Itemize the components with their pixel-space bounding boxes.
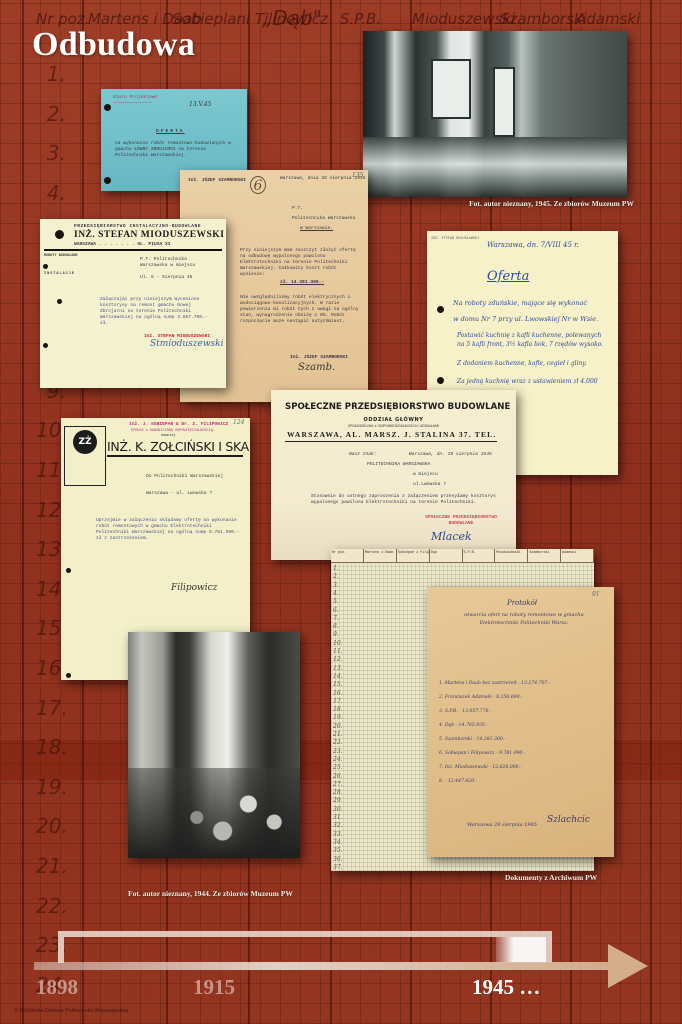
punch-hole [57, 299, 62, 304]
table-row-number: 16. [333, 690, 343, 697]
ledger-row-number: 22. [36, 894, 66, 918]
page-mark: 124 [233, 419, 244, 426]
table-row-number: 7. [333, 615, 339, 622]
side-heading: INSTALACJE [44, 271, 75, 277]
ledger-row-number: 20. [36, 814, 66, 838]
table-row-number: 14. [333, 673, 343, 680]
ledger-row-number: 1. [36, 62, 66, 86]
logo-dot [55, 230, 64, 239]
timeline-bracket [58, 931, 552, 963]
ledger-row-number: 17. [36, 696, 66, 720]
header-stamp: INŻ. STEFAN BOGUSŁAWSKI [431, 236, 479, 242]
timeline-year-1915[interactable]: 1915 [193, 975, 235, 1000]
table-row-number: 28. [333, 789, 343, 796]
document-spb-letter: SPOŁECZNE PRZEDSIĘBIORSTWO BUDOWLANE ODD… [271, 390, 516, 560]
doc-heading: Protokół [507, 599, 537, 607]
document-protokol: Protokół 91 otwarcia ofert na roboty rem… [427, 587, 614, 857]
photo-1945-ruined-interior [363, 31, 627, 197]
table-row-number: 12. [333, 656, 343, 663]
table-row-number: 37. [333, 864, 343, 871]
table-row-number: 4. [333, 590, 339, 597]
doc-signature-stamp: Inż. JÓZEF SZAMBORSKI [290, 355, 348, 361]
table-header-cell: Adamski [561, 549, 594, 562]
circled-number: 6 [250, 176, 266, 194]
hand-line: Z dodaniem kuchenne, kafle, cegieł i gli… [457, 359, 607, 368]
doc-note: 13.V.45 [189, 101, 211, 108]
table-row-number: 1. [333, 565, 339, 572]
table-header-cell: Dąb [430, 549, 463, 562]
table-row-number: 33. [333, 831, 343, 838]
table-row-number: 27. [333, 781, 343, 788]
window-shape [493, 67, 515, 137]
rubble-shape [128, 768, 300, 858]
punch-hole [104, 104, 111, 111]
doc-body: Stosownie do ustnego zaproszenia z załąc… [311, 494, 501, 506]
table-header-cell: Sobiepan i Filipowicz [397, 549, 430, 562]
table-row-number: 8. [333, 623, 339, 630]
timeline-current-highlight [496, 937, 546, 963]
punch-hole [66, 568, 71, 573]
table-row-number: 3. [333, 582, 339, 589]
recipient-line: P.T. [292, 206, 303, 212]
ledger-header: Adamski [576, 10, 640, 28]
doc-amount: zł. 14.381.300.- [280, 280, 324, 286]
legal-form: SPÓŁDZIELNIA z ODPOWIEDZIALNOŚCIĄ UDZIAŁ… [271, 424, 516, 428]
recipient-line: W Warszawie. [300, 226, 333, 232]
table-header-cell: Mioduszewski [495, 549, 528, 562]
company-name: INŻ. STEFAN MIODUSZEWSKI [74, 230, 224, 240]
recipient: POLITECHNIKA WARSZAWSKA [367, 462, 430, 468]
table-row-number: 36. [333, 856, 343, 863]
doc-body: Przy niniejszym mam zaszczyt złożyć ofer… [240, 248, 360, 278]
page-title: Odbudowa [32, 26, 195, 64]
page-mark: 135 [352, 172, 363, 179]
recipient-line: Politechnika Warszawska [292, 216, 355, 222]
table-header-cell: S.P.B. [463, 549, 496, 562]
hand-line: Postawić kuchnię z kafli kuchenne, polew… [457, 331, 607, 349]
punch-hole [43, 343, 48, 348]
ledger-row-number: 2. [36, 102, 66, 126]
table-row-number: 9. [333, 631, 339, 638]
doc-heading: OFERTA [156, 129, 185, 135]
punch-hole [437, 377, 444, 384]
side-heading: ROBOTY BUDOWLANE [44, 253, 78, 259]
table-row-number: 19. [333, 714, 343, 721]
table-row-number: 23. [333, 748, 343, 755]
table-row-number: 11. [333, 648, 343, 655]
protokol-entry: 6. Sobiepan i Filipowicz - 9.781.990.- [439, 747, 609, 761]
hand-line: Na roboty zduńskie, mające się wykonać [453, 299, 587, 307]
hand-line: Za jedną kuchnię wraz z ustawieniem zł 4… [457, 377, 607, 386]
ledger-header: S.P.B. [340, 10, 381, 28]
floor-shape [363, 137, 627, 197]
table-row-number: 15. [333, 681, 343, 688]
table-row-number: 26. [333, 773, 343, 780]
table-row-number: 13. [333, 665, 343, 672]
window-shape [431, 59, 471, 119]
ledger-row-number: 3. [36, 141, 66, 165]
protokol-entry: 8. - 12.447.620.- [439, 775, 609, 789]
table-row-number: 10. [333, 640, 343, 647]
ledger-header: „Dąb" [262, 6, 322, 30]
doc-date: Warszawa, dn. 29 sierpnia 1945 [409, 452, 492, 458]
archive-caption: Dokumenty z Archiwum PW [505, 873, 597, 882]
timeline-year-1898[interactable]: 1898 [36, 975, 78, 1000]
recipient: Do Politechniki Warszawskiej [146, 474, 223, 480]
ledger-row-number: 19. [36, 775, 66, 799]
protokol-entry: 5. Szamborski - 14.381.300.- [439, 733, 609, 747]
punch-hole [66, 673, 71, 678]
protokol-entry: 1. Martens i Daab bez zastrzeżeń - 13.27… [439, 677, 609, 691]
stamp: SPOŁECZNE PRZEDSIĘBIORSTWO BUDOWLANE [421, 515, 501, 527]
table-row-number: 5. [333, 598, 339, 605]
ledger-row-number: 18. [36, 735, 66, 759]
table-row-number: 25. [333, 764, 343, 771]
street: ul.Lwowska 7 [413, 482, 446, 488]
doc-date: Warszawa, dn. 7/VIII 45 r. [487, 241, 579, 249]
doc-subheading: otwarcia ofert na roboty remontowe w gma… [449, 611, 599, 627]
document-mioduszewski-letter: PRZEDSIĘBIORSTWO INSTALACYJNO-BUDOWLANE … [40, 219, 226, 388]
punch-hole [43, 264, 48, 269]
timeline-year-1945[interactable]: 1945 … [472, 975, 540, 1000]
ledger-column-line [22, 0, 24, 1024]
photo-1945-caption: Fot. autor nieznany, 1945. Ze zbiorów Mu… [469, 199, 634, 208]
table-row-number: 31. [333, 814, 343, 821]
table-header-cell: Martens i Daab [364, 549, 397, 562]
table-row-number: 30. [333, 806, 343, 813]
our-ref-label: Nasz znak: [349, 452, 377, 458]
company-name: SPOŁECZNE PRZEDSIĘBIORSTWO BUDOWLANE [285, 402, 510, 412]
table-row-number: 22. [333, 739, 343, 746]
company-logo: ZŻ [73, 430, 97, 454]
table-row-number: 18. [333, 706, 343, 713]
doc-sender: Inż. JÓZEF SZAMBORSKI [188, 178, 246, 184]
division: ODDZIAŁ GŁÓWNY [271, 417, 516, 423]
company-name: INŻ. K. ZOŁCIŃSKI I SKA [107, 439, 249, 454]
page-mark: 91 [592, 591, 600, 598]
ledger-header: Szamborski [500, 10, 587, 28]
company-address: WARSZAWA, AL. MARSZ. J. STALINA 37. TEL. [287, 430, 496, 439]
table-row-number: 34. [333, 839, 343, 846]
table-row-number: 20. [333, 723, 343, 730]
table-row-number: 29. [333, 797, 343, 804]
protokol-entries: 1. Martens i Daab bez zastrzeżeń - 13.27… [439, 677, 609, 789]
ledger-column-line [650, 0, 652, 1024]
doc-body: na wykonanie robót remontowo-budowlanych… [115, 141, 235, 159]
ledger-row-number: 4. [36, 181, 66, 205]
punch-hole [104, 177, 111, 184]
recipient: P.T. Politechnika Warszawska w miejscu [140, 257, 210, 269]
copyright-credit: © Biblioteka Główna Politechniki Warszaw… [14, 1008, 128, 1014]
table-row-number: 24. [333, 756, 343, 763]
protokol-entry: 7. Inż. Mioduszewski - 12.628.000.- [439, 761, 609, 775]
punch-hole [437, 306, 444, 313]
photo-1944-caption: Fot. autor nieznany, 1944. Ze zbiorów Mu… [128, 889, 293, 898]
doc-date: Warszawa 29 sierpnia 1945 [467, 822, 537, 828]
table-row-number: 32. [333, 822, 343, 829]
protokol-entry: 2. Franciszek Adamski - 8.356.690.- [439, 691, 609, 705]
ledger-row-number: 21. [36, 854, 66, 878]
table-row-number: 17. [333, 698, 343, 705]
photo-1944-ruins [128, 632, 300, 858]
street: Warszawa - ul. Lwowska 7 [146, 491, 212, 497]
arrow-right-icon [608, 944, 648, 988]
doc-heading: Oferta [487, 269, 529, 284]
recipient-place: w miejscu [413, 472, 438, 478]
table-row-number: 6. [333, 607, 339, 614]
hand-line: w domu Nr 7 przy ul. Lwowskiej Nr w Wsie… [453, 315, 598, 323]
table-row-number: 21. [333, 731, 343, 738]
table-row-number: 35. [333, 847, 343, 854]
protokol-entry: 4. Dąb - 14.765.935.- [439, 719, 609, 733]
table-header-row: Nr poz.Martens i DaabSobiepan i Filipowi… [331, 549, 594, 563]
table-row-number: 2. [333, 573, 339, 580]
table-header-cell: Szamborski [528, 549, 561, 562]
timeline-arrow-line [34, 962, 634, 970]
table-header-cell: Nr poz. [331, 549, 364, 562]
protokol-entry: 3. S.P.B. - 13.057.776.- [439, 705, 609, 719]
company-address: WARSZAWA . . . . . . . UL. PIUSA XI [74, 242, 171, 248]
street: Ul. 6 - Sierpnia 46 [140, 275, 192, 281]
